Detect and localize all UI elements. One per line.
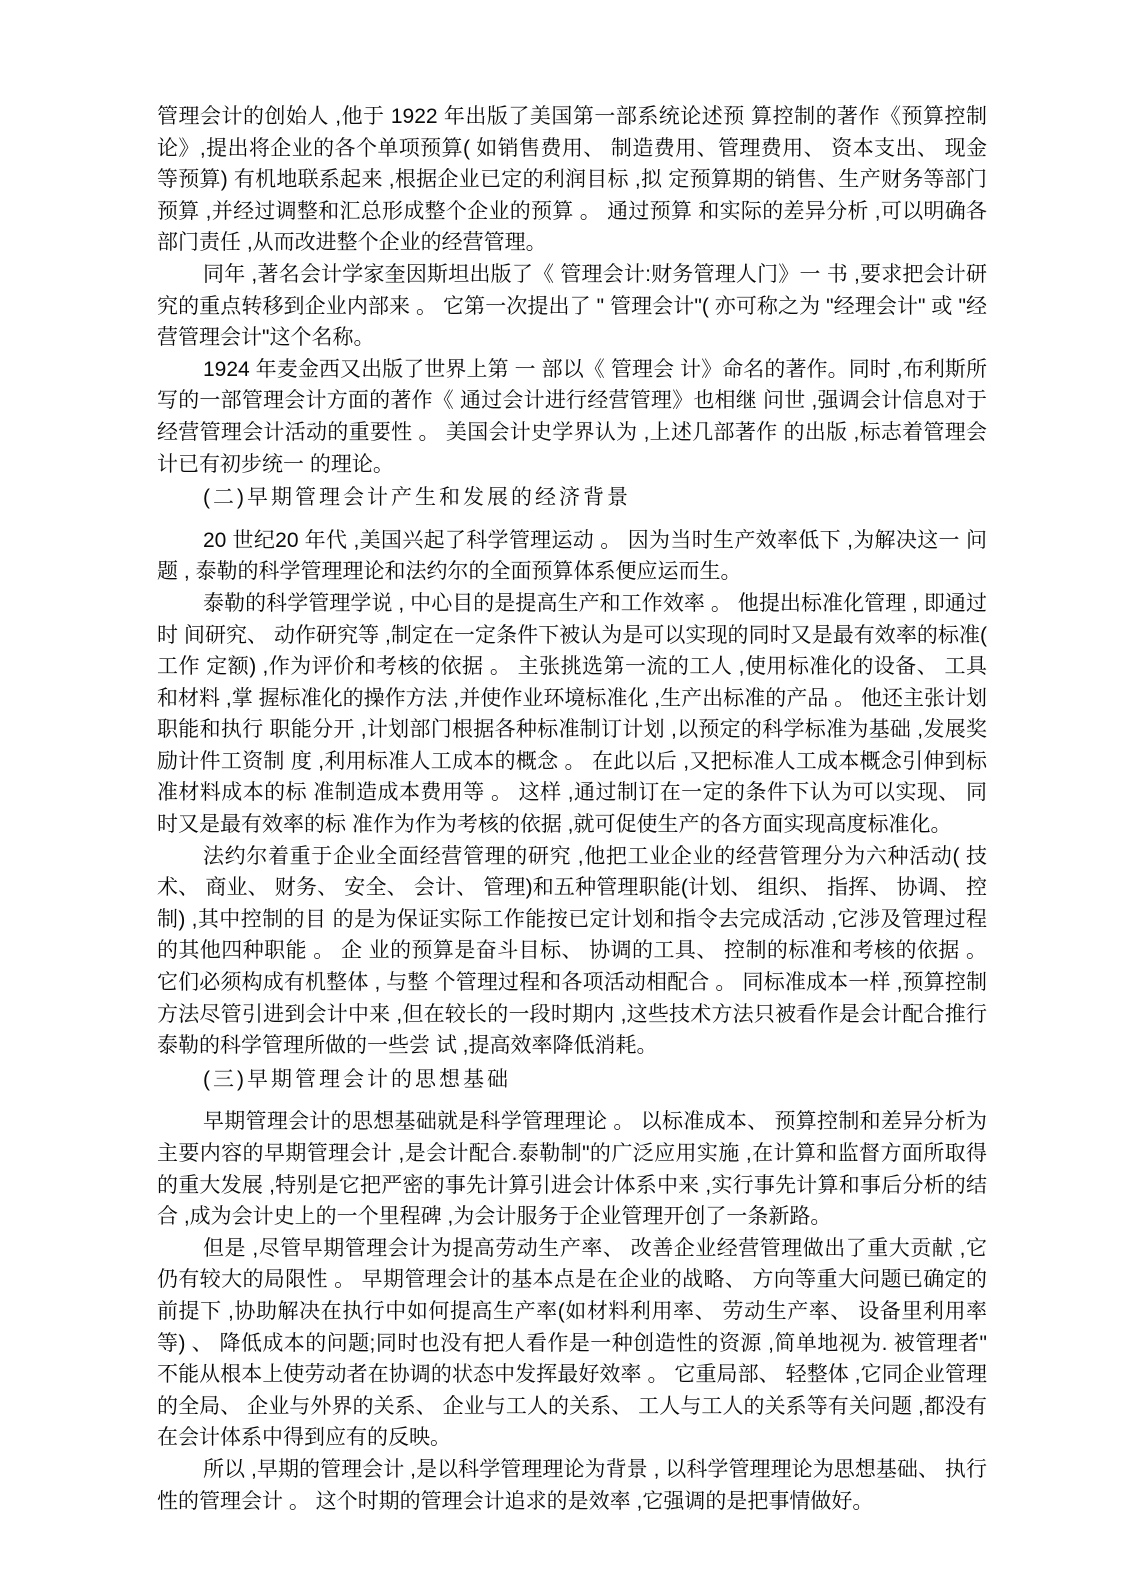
paragraph: 20 世纪20 年代 ,美国兴起了科学管理运动 。 因为当时生产效率低下 ,为解… [157,525,987,588]
paragraph: 1924 年麦金西又出版了世界上第 一 部以《 管理会 计》命名的著作。同时 ,… [157,354,987,480]
section-heading: (三)早期管理会计的思想基础 [157,1064,987,1096]
paragraph: 同年 ,著名会计学家奎因斯坦出版了《 管理会计:财务管理人门》一 书 ,要求把会… [157,259,987,354]
paragraph: 所以 ,早期的管理会计 ,是以科学管理理论为背景 , 以科学管理理论为思想基础、… [157,1454,987,1517]
paragraph: 管理会计的创始人 ,他于 1922 年出版了美国第一部系统论述预 算控制的著作《… [157,101,987,259]
paragraph: 泰勒的科学管理学说 , 中心目的是提高生产和工作效率 。 他提出标准化管理 , … [157,588,987,841]
document-content: 管理会计的创始人 ,他于 1922 年出版了美国第一部系统论述预 算控制的著作《… [157,101,987,1517]
document-page: 管理会计的创始人 ,他于 1922 年出版了美国第一部系统论述预 算控制的著作《… [0,0,1128,1570]
section-heading: (二)早期管理会计产生和发展的经济背景 [157,482,987,514]
paragraph: 但是 ,尽管早期管理会计为提高劳动生产率、 改善企业经营管理做出了重大贡献 ,它… [157,1233,987,1454]
paragraph: 法约尔着重于企业全面经营管理的研究 ,他把工业企业的经营管理分为六种活动( 技术… [157,841,987,1062]
paragraph: 早期管理会计的思想基础就是科学管理理论 。 以标准成本、 预算控制和差异分析为主… [157,1106,987,1232]
